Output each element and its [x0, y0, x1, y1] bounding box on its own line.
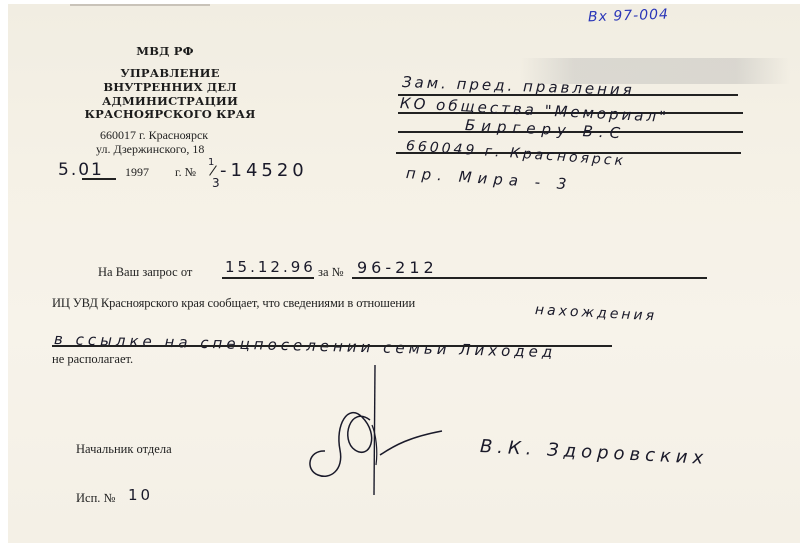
day-underline: [82, 178, 116, 180]
letterhead-line5: КРАСНОЯРСКОГО КРАЯ: [60, 107, 280, 121]
executor-value: 10: [128, 486, 153, 504]
closing-text: не располагает.: [52, 352, 133, 367]
request-prefix: На Ваш запрос от: [98, 265, 192, 280]
signatory-title: Начальник отдела: [76, 442, 172, 457]
outgoing-number-label: г. №: [175, 165, 196, 180]
request-date-underline: [222, 277, 314, 279]
executor-label: Исп. №: [76, 491, 115, 506]
registration-stamp: Вх 97-004: [588, 7, 669, 26]
letterhead-line3: ВНУТРЕННИХ ДЕЛ: [70, 80, 270, 94]
letterhead-street: ул. Дзержинского, 18: [96, 142, 204, 157]
letterhead-line4: АДМИНИСТРАЦИИ: [70, 94, 270, 108]
letterhead-ministry: МВД РФ: [120, 44, 210, 58]
paper-top-edge: [70, 4, 210, 6]
letterhead-line2: УПРАВЛЕНИЕ: [70, 66, 270, 80]
handwritten-signature-icon: [300, 365, 450, 500]
statement-text: ИЦ УВД Красноярского края сообщает, что …: [52, 296, 415, 311]
outgoing-number: -14520: [220, 160, 308, 181]
request-number: 96-212: [357, 258, 438, 277]
request-number-underline: [352, 277, 707, 279]
request-date: 15.12.96: [225, 258, 316, 276]
outgoing-year: 1997: [125, 165, 149, 180]
outgoing-day-month: 5.01: [58, 160, 104, 180]
subject-underline: [52, 345, 612, 347]
letterhead-postal: 660017 г. Красноярск: [100, 128, 208, 143]
request-number-label: за №: [318, 265, 344, 280]
